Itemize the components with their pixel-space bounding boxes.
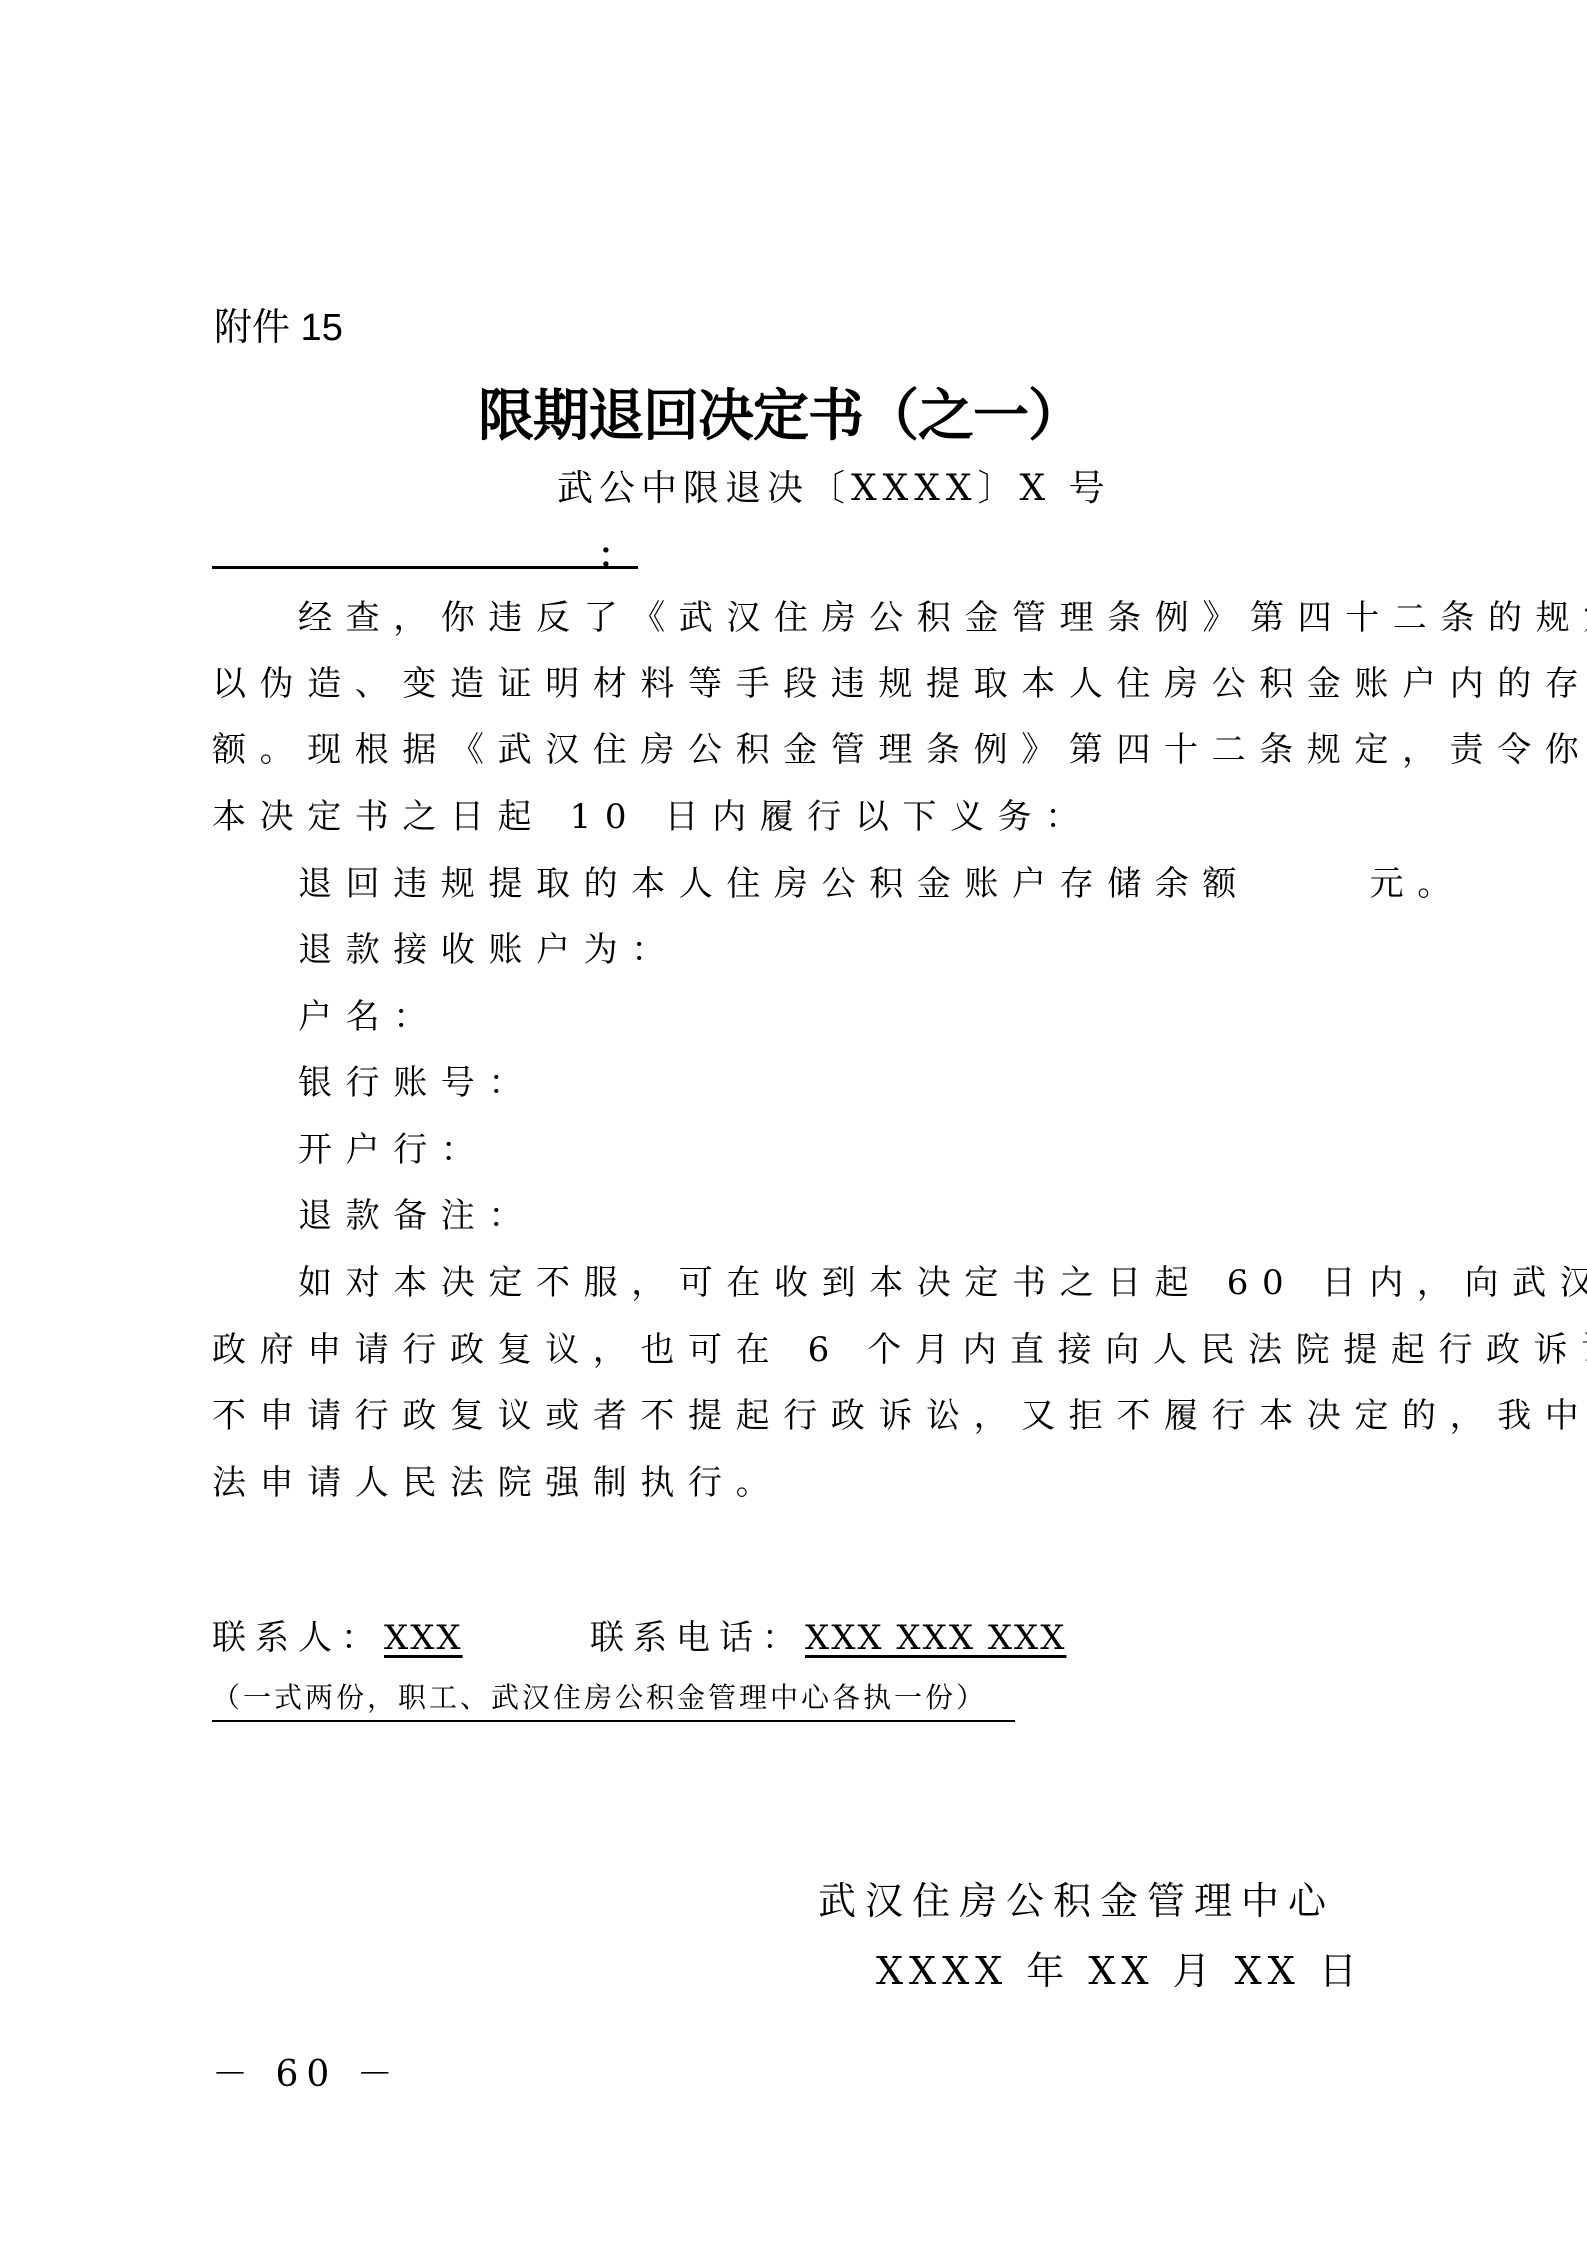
contact-phone-label: 联系电话： <box>590 1618 805 1658</box>
contact-person-value: XXX <box>384 1618 463 1658</box>
contact-phone: 联系电话：XXX XXX XXX <box>590 1610 1066 1659</box>
text-line: 额。现根据《武汉住房公积金管理条例》第四十二条规定，责令你自收到 <box>212 728 1587 772</box>
document-number: 武公中限退决〔XXXX〕X 号 <box>557 460 1111 511</box>
contact-phone-value: XXX XXX XXX <box>805 1618 1066 1658</box>
text-line: 法申请人民法院强制执行。 <box>212 1461 783 1505</box>
issuing-organization: 武汉住房公积金管理中心 <box>818 1870 1335 1925</box>
refund-account-label: 退款接收账户为： <box>298 928 679 972</box>
contact-person-label: 联系人： <box>212 1618 384 1658</box>
copies-note: （一式两份，职工、武汉住房公积金管理中心各执一份） <box>212 1676 1015 1722</box>
text-line: 不申请行政复议或者不提起行政诉讼，又拒不履行本决定的，我中心将依 <box>212 1394 1587 1438</box>
document-title: 限期退回决定书（之一） <box>478 372 1083 452</box>
text-line: 经查，你违反了《武汉住房公积金管理条例》第四十二条的规定， <box>298 596 1587 640</box>
refund-amount-line: 退回违规提取的本人住房公积金账户存储余额 元。 <box>298 862 1465 906</box>
addressee-colon: ： <box>598 528 632 577</box>
text-line: 政府申请行政复议，也可在 6 个月内直接向人民法院提起行政诉讼，逾期 <box>212 1328 1587 1372</box>
attachment-label: 附件 15 <box>214 296 343 351</box>
addressee-blank-line <box>212 566 638 569</box>
text-line: 以伪造、变造证明材料等手段违规提取本人住房公积金账户内的存储余 <box>212 662 1587 706</box>
issue-date: XXXX 年 XX 月 XX 日 <box>876 1940 1363 1995</box>
contact-person: 联系人：XXX <box>212 1610 463 1659</box>
bank-account-label: 银行账号： <box>298 1061 536 1105</box>
text-line: 本决定书之日起 10 日内履行以下义务： <box>212 795 1093 839</box>
refund-remark-label: 退款备注： <box>298 1194 536 1238</box>
page-number: － 60 － <box>212 2046 401 2097</box>
account-name-label: 户名： <box>298 995 441 1039</box>
text-line: 如对本决定不服，可在收到本决定书之日起 60 日内，向武汉市人民 <box>298 1261 1587 1305</box>
bank-branch-label: 开户行： <box>298 1128 488 1172</box>
